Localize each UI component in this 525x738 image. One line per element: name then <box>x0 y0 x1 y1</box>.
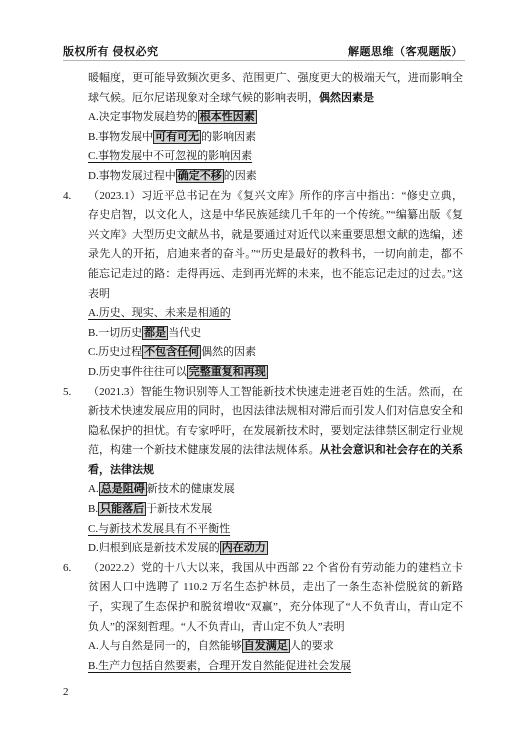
answer-option: D.历史事件往往可以完整重复和再现 <box>88 363 463 383</box>
text-segment: 新技术的健康发展 <box>147 483 235 495</box>
question-number: 4. <box>63 187 71 207</box>
boxed-highlight: 不包含任何 <box>142 345 201 359</box>
answer-option: B.只能落后于新技术发展 <box>88 500 463 520</box>
text-segment: B.生产力包括自然要素，合理开发自然能促进社会发展 <box>88 660 351 672</box>
answer-option: C.历史过程不包含任何偶然的因素 <box>88 343 463 363</box>
text-segment: 偶然的因素 <box>201 346 256 358</box>
question-stem: （2023.1）习近平总书记在为《复兴文库》所作的序言中指出：“修史立典，存史启… <box>88 187 463 305</box>
question-stem: （2021.3）智能生物识别等人工智能新技术快速走进老百姓的生活。然而，在新技术… <box>88 383 463 481</box>
answer-option: B.生产力包括自然要素，合理开发自然能促进社会发展 <box>88 657 463 677</box>
answer-option: A.历史、现实、未来是相通的 <box>88 304 463 324</box>
answer-option: A.总是阻碍新技术的健康发展 <box>88 480 463 500</box>
boxed-highlight: 都是 <box>142 326 168 340</box>
question-stem: 暖幅度，更可能导致频次更多、范围更广、强度更大的极端天气，进而影响全球气候。厄尔… <box>88 69 463 108</box>
text-segment: 的影响因素 <box>201 131 256 143</box>
text-segment: （2023.1）习近平总书记在为《复兴文库》所作的序言中指出：“修史立典，存史启… <box>88 190 463 300</box>
text-segment: A. <box>88 483 99 495</box>
page-header: 版权所有 侵权必究 解题思维（客观题版） <box>63 43 463 59</box>
boxed-highlight: 可有可无 <box>153 130 201 144</box>
question-number: 5. <box>63 383 71 403</box>
boxed-highlight: 总是阻碍 <box>99 482 147 496</box>
answer-option: B.一切历史都是当代史 <box>88 324 463 344</box>
answer-option: D.归根到底是新技术发展的内在动力 <box>88 539 463 559</box>
text-segment: 暖幅度，更可能导致频次更多、范围更广、强度更大的极端天气，进而影响全球气候。厄尔… <box>88 72 463 104</box>
answer-option: C.事物发展中不可忽视的影响因素 <box>88 147 463 167</box>
boxed-highlight: 只能落后 <box>98 502 146 516</box>
text-segment: B.事物发展中 <box>88 131 153 143</box>
question-block: 暖幅度，更可能导致频次更多、范围更广、强度更大的极端天气，进而影响全球气候。厄尔… <box>63 69 463 187</box>
answer-option: B.事物发展中可有可无的影响因素 <box>88 128 463 148</box>
text-segment: 于新技术发展 <box>146 503 212 515</box>
text-segment: D.事物发展过程中 <box>88 170 176 182</box>
boxed-highlight: 确定不移 <box>176 169 224 183</box>
text-segment: B.一切历史 <box>88 327 142 339</box>
text-segment: 的因素 <box>224 170 257 182</box>
header-right-title: 解题思维（客观题版） <box>348 43 463 59</box>
text-segment: C.历史过程 <box>88 346 142 358</box>
text-segment: A.决定事物发展趋势的 <box>88 111 198 123</box>
text-segment: A.历史、现实、未来是相通的 <box>88 307 231 319</box>
question-number: 6. <box>63 559 71 579</box>
boxed-highlight: 完整重复和再现 <box>187 365 268 379</box>
document-body: 暖幅度，更可能导致频次更多、范围更广、强度更大的极端天气，进而影响全球气候。厄尔… <box>63 69 463 676</box>
answer-option: C.与新技术发展具有不平衡性 <box>88 520 463 540</box>
text-segment: 人的要求 <box>290 640 334 652</box>
header-divider <box>63 60 465 61</box>
boxed-highlight: 自发满足 <box>242 639 290 653</box>
answer-option: A.决定事物发展趋势的根本性因素 <box>88 108 463 128</box>
text-segment: C.事物发展中不可忽视的影响因素 <box>88 150 252 162</box>
text-segment: D.归根到底是新技术发展的 <box>88 542 220 554</box>
text-segment: B. <box>88 503 98 515</box>
boxed-highlight: 根本性因素 <box>198 110 257 124</box>
text-segment: 当代史 <box>168 327 201 339</box>
question-block: 6.（2022.2）党的十八大以来，我国从中西部 22 个省份有劳动能力的建档立… <box>63 559 463 677</box>
text-segment: D.历史事件往往可以 <box>88 366 187 378</box>
boxed-highlight: 内在动力 <box>220 541 268 555</box>
page-number: 2 <box>63 686 69 698</box>
answer-option: A.人与自然是同一的，自然能够自发满足人的要求 <box>88 637 463 657</box>
header-left-copyright: 版权所有 侵权必究 <box>63 43 159 59</box>
text-segment: A.人与自然是同一的，自然能够 <box>88 640 242 652</box>
text-segment: C.与新技术发展具有不平衡性 <box>88 523 230 535</box>
answer-option: D.事物发展过程中确定不移的因素 <box>88 167 463 187</box>
question-block: 4.（2023.1）习近平总书记在为《复兴文库》所作的序言中指出：“修史立典，存… <box>63 187 463 383</box>
question-block: 5.（2021.3）智能生物识别等人工智能新技术快速走进老百姓的生活。然而，在新… <box>63 383 463 559</box>
document-page: 版权所有 侵权必究 解题思维（客观题版） 暖幅度，更可能导致频次更多、范围更广、… <box>0 0 525 738</box>
question-stem: （2022.2）党的十八大以来，我国从中西部 22 个省份有劳动能力的建档立卡贫… <box>88 559 463 637</box>
bold-emphasis: 偶然因素是 <box>319 92 374 104</box>
text-segment: （2022.2）党的十八大以来，我国从中西部 22 个省份有劳动能力的建档立卡贫… <box>88 562 463 633</box>
